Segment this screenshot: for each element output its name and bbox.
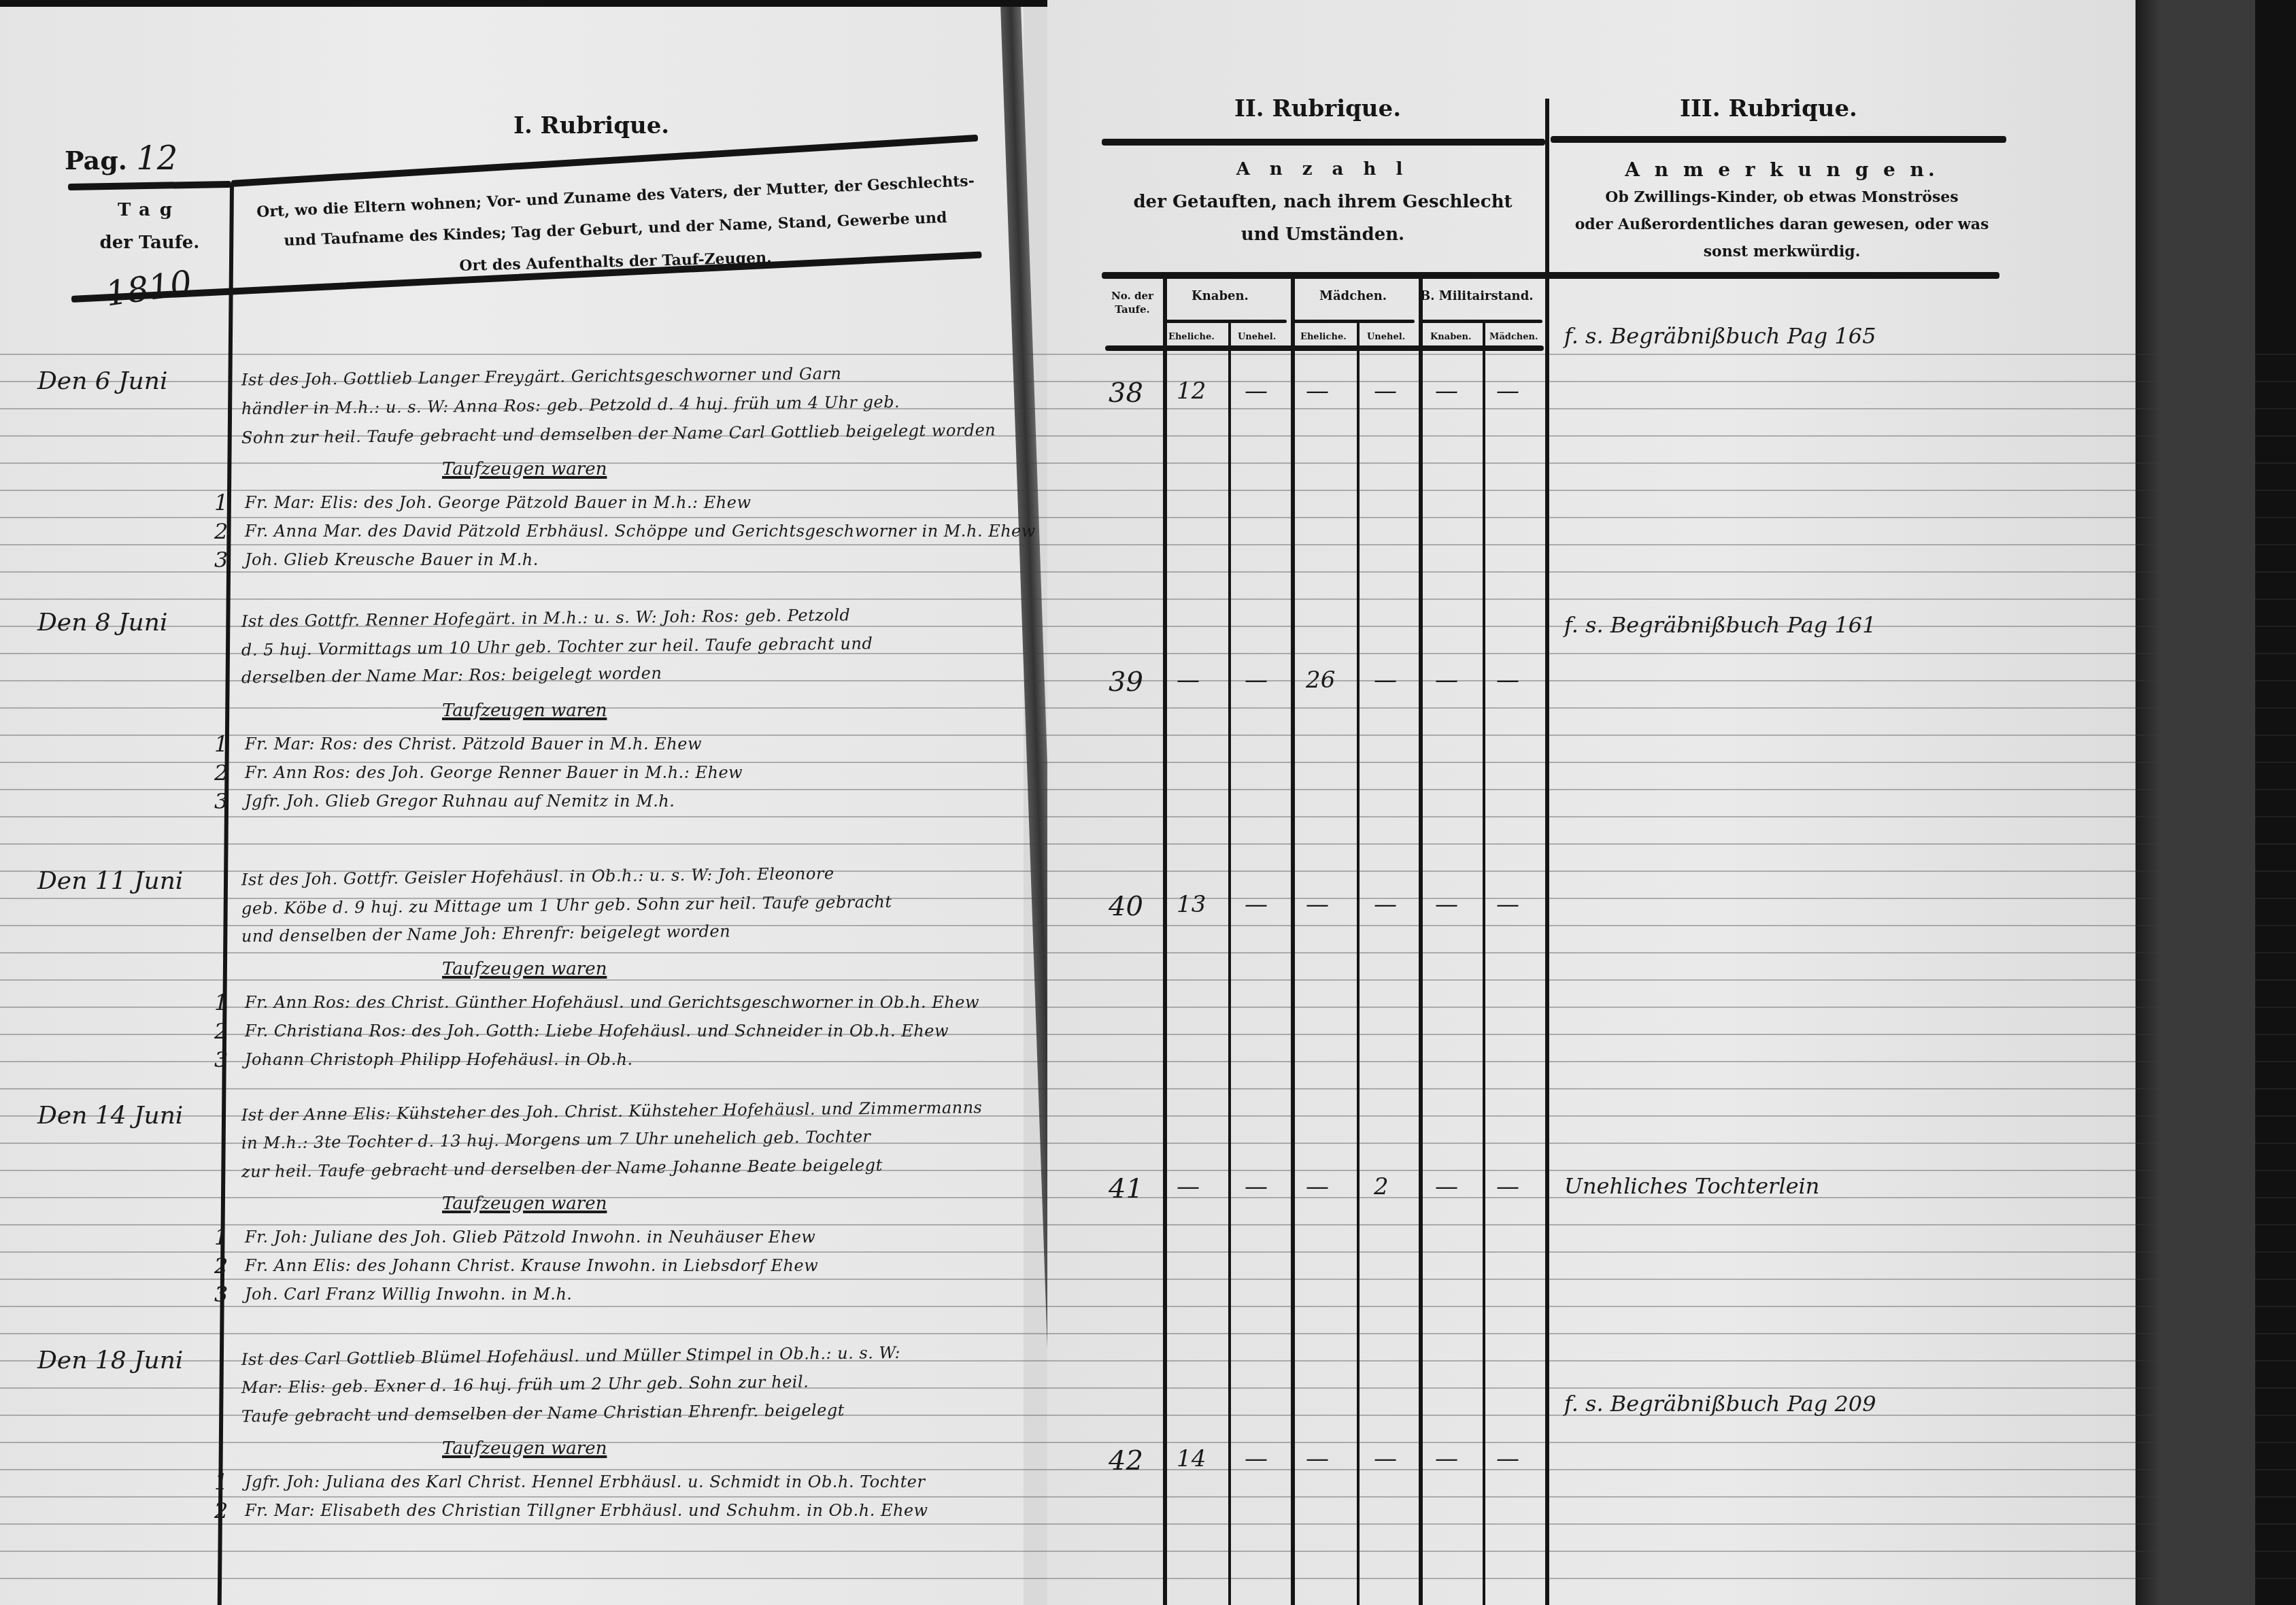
ruled-line xyxy=(0,544,2296,545)
col-divider xyxy=(1357,320,1360,1605)
count-cell-no: 39 xyxy=(1109,666,1143,698)
sub-rule xyxy=(1420,320,1542,323)
ruled-line xyxy=(0,354,2296,355)
col-maedchen-unehel: Unehel. xyxy=(1367,332,1405,342)
header-rule xyxy=(1551,136,2006,143)
count-cell-knaben-unehel: — xyxy=(1245,891,1268,918)
rubrique-1-title: I. Rubrique. xyxy=(513,112,669,139)
witness-number: 2 xyxy=(214,760,228,785)
count-cell-no: 41 xyxy=(1109,1173,1143,1204)
ruled-line xyxy=(0,1251,2296,1253)
count-cell-mil-maedchen: — xyxy=(1496,666,1519,694)
count-cell-mil-knaben: — xyxy=(1435,666,1458,694)
rubrique-3-title: III. Rubrique. xyxy=(1680,95,1857,122)
sub-rule xyxy=(1164,320,1287,323)
ruled-line xyxy=(0,598,2296,600)
count-cell-mil-maedchen: — xyxy=(1496,377,1519,405)
count-cell-maedchen-unehel: — xyxy=(1374,377,1397,405)
count-cell-knaben-ehel: — xyxy=(1177,1173,1200,1200)
col-divider xyxy=(1483,320,1485,1605)
witness-number: 1 xyxy=(214,731,228,757)
witness-line: Joh. Glieb Kreusche Bauer in M.h. xyxy=(245,550,539,569)
witness-heading: Taufzeugen waren xyxy=(442,459,607,479)
baptism-date: Den 14 Juni xyxy=(37,1102,183,1130)
remark-text: f. s. Begräbnißbuch Pag 161 xyxy=(1564,612,1876,638)
baptism-date: Den 6 Juni xyxy=(37,367,167,395)
col-divider xyxy=(1291,275,1295,1605)
witness-heading: Taufzeugen waren xyxy=(442,700,607,721)
witness-number: 1 xyxy=(214,1224,228,1250)
top-edge-shadow xyxy=(0,0,1047,7)
witness-line: Jgfr. Joh: Juliana des Karl Christ. Henn… xyxy=(245,1472,926,1491)
count-cell-mil-maedchen: — xyxy=(1496,1445,1519,1472)
ruled-line xyxy=(0,1578,2296,1579)
col-knaben-header: Knaben. xyxy=(1192,289,1249,303)
col-mil-knaben: Knaben. xyxy=(1430,332,1472,342)
witness-line: Johann Christoph Philipp Hofehäusl. in O… xyxy=(245,1050,633,1069)
col-maedchen-ehelich: Eheliche. xyxy=(1300,332,1347,342)
witness-line: Joh. Carl Franz Willig Inwohn. in M.h. xyxy=(245,1285,573,1304)
baptism-date: Den 11 Juni xyxy=(37,867,183,895)
witness-heading: Taufzeugen waren xyxy=(442,1438,607,1459)
ruled-line xyxy=(0,843,2296,845)
count-cell-no: 42 xyxy=(1109,1445,1143,1476)
ruled-line xyxy=(0,1442,2296,1443)
ruled-line xyxy=(0,571,2296,573)
count-cell-maedchen-ehel: — xyxy=(1306,1445,1329,1472)
col-knaben-unehel: Unehel. xyxy=(1238,332,1276,342)
col-no-header: No. der Taufe. xyxy=(1102,289,1163,316)
col-remarks-header: A n m e r k u n g e n. Ob Zwillings-Kind… xyxy=(1557,156,2006,265)
witness-line: Fr. Ann Ros: des Christ. Günther Hofehäu… xyxy=(245,993,979,1012)
ruled-line xyxy=(0,789,2296,790)
witness-number: 3 xyxy=(214,788,228,814)
count-cell-knaben-ehel: — xyxy=(1177,666,1200,694)
ruled-line xyxy=(0,1088,2296,1089)
count-cell-maedchen-ehel: — xyxy=(1306,891,1329,918)
book-edge xyxy=(2135,0,2296,1605)
witness-number: 3 xyxy=(214,547,228,573)
count-cell-knaben-ehel: 14 xyxy=(1177,1445,1206,1472)
count-cell-maedchen-ehel: 26 xyxy=(1306,666,1335,694)
column-divider xyxy=(1545,99,1549,1605)
count-cell-maedchen-unehel: 2 xyxy=(1374,1173,1389,1200)
witness-number: 2 xyxy=(214,1498,228,1523)
witness-line: Fr. Mar: Elis: des Joh. George Pätzold B… xyxy=(245,493,752,512)
baptism-date: Den 8 Juni xyxy=(37,609,167,637)
witness-line: Fr. Ann Elis: des Johann Christ. Krause … xyxy=(245,1256,818,1275)
col-militair-header: B. Militairstand. xyxy=(1420,289,1534,303)
witness-number: 1 xyxy=(214,1469,228,1495)
count-cell-knaben-unehel: — xyxy=(1245,377,1268,405)
witness-heading: Taufzeugen waren xyxy=(442,1194,607,1214)
col-date-header: Tag der Taufe. xyxy=(71,194,228,259)
ruled-line xyxy=(0,1469,2296,1470)
remark-text: f. s. Begräbnißbuch Pag 165 xyxy=(1564,323,1876,349)
count-cell-mil-knaben: — xyxy=(1435,377,1458,405)
ruled-line xyxy=(0,707,2296,709)
witness-number: 2 xyxy=(214,518,228,544)
remark-text: f. s. Begräbnißbuch Pag 209 xyxy=(1564,1391,1876,1417)
count-cell-knaben-ehel: 12 xyxy=(1177,377,1206,405)
ruled-line xyxy=(0,1224,2296,1226)
ruled-line xyxy=(0,1496,2296,1498)
count-cell-maedchen-ehel: — xyxy=(1306,1173,1329,1200)
sub-rule xyxy=(1292,320,1415,323)
count-cell-knaben-unehel: — xyxy=(1245,1173,1268,1200)
ruled-line xyxy=(0,952,2296,953)
count-cell-mil-knaben: — xyxy=(1435,1173,1458,1200)
ruled-line xyxy=(0,1523,2296,1525)
count-cell-knaben-unehel: — xyxy=(1245,1445,1268,1472)
col-knaben-ehelich: Eheliche. xyxy=(1168,332,1215,342)
witness-number: 1 xyxy=(214,990,228,1015)
count-cell-mil-knaben: — xyxy=(1435,891,1458,918)
witness-heading: Taufzeugen waren xyxy=(442,959,607,979)
ruled-line xyxy=(0,1551,2296,1552)
count-cell-mil-maedchen: — xyxy=(1496,891,1519,918)
count-cell-maedchen-unehel: — xyxy=(1374,1445,1397,1472)
col-mil-maedchen: Mädchen. xyxy=(1489,332,1538,342)
col-count-header: A n z a h l der Getauften, nach ihrem Ge… xyxy=(1102,153,1544,251)
page-label: Pag. 12 xyxy=(65,139,178,178)
witness-number: 2 xyxy=(214,1018,228,1044)
col-divider xyxy=(1419,275,1423,1605)
witness-line: Fr. Mar: Ros: des Christ. Pätzold Bauer … xyxy=(245,734,702,754)
ruled-line xyxy=(0,1306,2296,1307)
ruled-line xyxy=(0,816,2296,817)
witness-line: Fr. Joh: Juliane des Joh. Glieb Pätzold … xyxy=(245,1228,815,1247)
witness-line: Jgfr. Joh. Glieb Gregor Ruhnau auf Nemit… xyxy=(245,792,675,811)
ruled-line xyxy=(0,462,2296,464)
page-number: 12 xyxy=(136,139,178,178)
count-cell-knaben-ehel: 13 xyxy=(1177,891,1206,918)
count-cell-maedchen-unehel: — xyxy=(1374,891,1397,918)
witness-line: Fr. Christiana Ros: des Joh. Gotth: Lieb… xyxy=(245,1021,949,1041)
remark-text: Unehliches Tochterlein xyxy=(1564,1173,1819,1199)
col-divider xyxy=(1163,275,1167,1605)
ruled-line xyxy=(0,490,2296,491)
witness-line: Fr. Ann Ros: des Joh. George Renner Baue… xyxy=(245,763,743,782)
witness-number: 1 xyxy=(214,490,228,516)
count-cell-mil-knaben: — xyxy=(1435,1445,1458,1472)
col-divider xyxy=(1228,320,1231,1605)
ruled-line xyxy=(0,1279,2296,1280)
count-cell-mil-maedchen: — xyxy=(1496,1173,1519,1200)
col-maedchen-header: Mädchen. xyxy=(1319,289,1387,303)
witness-number: 2 xyxy=(214,1253,228,1279)
witness-line: Fr. Mar: Elisabeth des Christian Tillgne… xyxy=(245,1501,928,1520)
ruled-line xyxy=(0,517,2296,518)
rubrique-2-title: II. Rubrique. xyxy=(1234,95,1401,122)
table-header-bottom-rule xyxy=(1105,345,1544,351)
witness-line: Fr. Anna Mar. des David Pätzold Erbhäusl… xyxy=(245,522,1036,541)
ruled-line xyxy=(0,1197,2296,1198)
header-rule xyxy=(1102,139,1545,146)
witness-number: 3 xyxy=(214,1047,228,1072)
count-cell-maedchen-ehel: — xyxy=(1306,377,1329,405)
subheader-rule xyxy=(1102,272,1999,279)
count-cell-knaben-unehel: — xyxy=(1245,666,1268,694)
ruled-line xyxy=(0,1333,2296,1334)
ruled-line xyxy=(0,979,2296,981)
count-cell-no: 40 xyxy=(1109,891,1143,922)
count-cell-maedchen-unehel: — xyxy=(1374,666,1397,694)
count-cell-no: 38 xyxy=(1109,377,1143,409)
baptism-date: Den 18 Juni xyxy=(37,1347,183,1374)
witness-number: 3 xyxy=(214,1281,228,1307)
